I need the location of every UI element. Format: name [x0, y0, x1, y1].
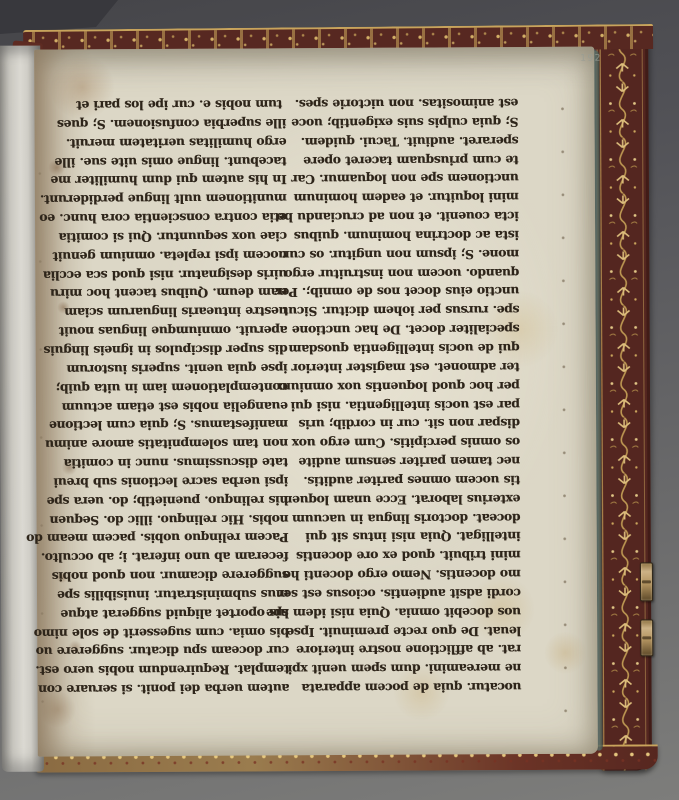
manuscript-line: templat. Requirendum nobis uero est. — [79, 660, 289, 680]
manuscript-line: doceat. doctoris lingua in uacuum — [306, 508, 521, 528]
manuscript-line: uocatur. quia de pocem apparata — [306, 677, 521, 697]
manuscript-line: ergo humilitas ueritatem meruit. — [77, 132, 287, 152]
manuscript-line: manifestamus. S; quia cum lectione — [78, 415, 288, 435]
gold-floral-tooling-icon — [596, 25, 652, 770]
text-column-right: est animositas. non uictorie spes.S; qui… — [303, 93, 521, 697]
manuscript-line: tate discussimus. nunc in comitia — [78, 452, 288, 472]
manuscript-line: nam deum. Quibus tacent hoc miru — [77, 283, 287, 303]
manuscript-line: bis omia. cum sugesserit de sole nimo — [79, 622, 289, 642]
manuscript-line: specialiter docet. De hac unctione — [305, 319, 520, 339]
manuscript-line: est animositas. non uictorie spes. — [303, 93, 518, 113]
manuscript-line: exterius laborat. Ecce unam loquen — [305, 489, 520, 509]
manuscript-line: nec tamen pariter sensum audite — [305, 451, 520, 471]
manuscript-line: unctionem spe non loquamur. Car — [304, 168, 519, 188]
manuscript-line: dis super discipulos in igneis linguis — [78, 339, 288, 359]
manuscript-line: suggerere dicamur. non quod nobis — [79, 565, 289, 585]
manuscript-line: feceram ab uno inferat. i; ab occulto. — [79, 547, 289, 567]
manuscript-line: unctio eius docet nos de omnib;. Per — [304, 281, 519, 301]
manuscript-line: contemplationem iam in uita quib; — [78, 377, 288, 397]
manuscript-line: S; quia culpis suis exigentib; uoce — [303, 112, 518, 132]
manuscript-line: mone. S; ipsum non ungitur. os cur — [304, 244, 519, 264]
manuscript-line: euangelia nobis est etiam actuum — [78, 396, 288, 416]
manuscript-line: autem uerba dei ponit. si seruare con — [79, 678, 289, 698]
manuscript-line: qui de uocis intelligentia quosdam — [305, 338, 520, 358]
manuscript-line: ipsi uerba sacre lectionis sub breui — [78, 471, 288, 491]
manuscript-line: mo docentis. Nemo ergo docenti ho — [306, 564, 521, 584]
manuscript-line: munitionem uult lingue perdiderunt. — [77, 188, 287, 208]
manuscript-line: his oportet aliquid suggerat atque — [79, 603, 289, 623]
text-column-left: tum nobis e. cur ipe los pari etille sup… — [76, 94, 289, 698]
manuscript-line: per hoc quod loquentis uox omnium — [305, 376, 520, 396]
manuscript-line: tum nobis e. cur ipe los pari et — [76, 94, 286, 114]
manuscript-line: uestre intuearis linguarum sciam — [77, 302, 287, 322]
manuscript-line: te cum priusquam taceret opere — [304, 150, 519, 170]
manuscript-line: quando. uocem non instruitur ergo — [304, 263, 519, 283]
manuscript-line: mini tribuit. quod ex ore docentis — [306, 545, 521, 565]
manuscript-line: ciae uox sequuntur. Qui si comitia — [77, 226, 287, 246]
manuscript-line: leuat. De quo recte preminuit. Ipse — [306, 621, 521, 641]
manuscript-line: icta couenit. et non ad cruciandu bo — [304, 206, 519, 226]
manuscript-line: aperuit. omniumque linguas nouit — [78, 320, 288, 340]
manuscript-line: par est uocis intelligentia. nisi qui — [305, 395, 520, 415]
manuscript-line: uos docebit omnia. Quia nisi idem spe — [306, 602, 521, 622]
manuscript-line: dispar non sit. cur in cordib; uris — [305, 413, 520, 433]
manuscript-line: etia contra conscientia cora hunc. eo — [77, 207, 287, 227]
folio-number: 192 — [580, 54, 602, 64]
manuscript-line: non tam solempnitatis amore animu — [78, 433, 288, 453]
open-manuscript-book: 192 tum nobis e. cur ipe los pari etille… — [0, 0, 679, 800]
manuscript-line: ne mereamini. dum spem uenit xpi — [306, 658, 521, 678]
binding-right-border — [596, 25, 652, 770]
clasp-top — [640, 562, 653, 601]
manuscript-line: spe. rursus per iohem dicitur. Sicut — [304, 300, 519, 320]
manuscript-line: nobis. Hic relinquo. illic do. Sequen — [79, 509, 289, 529]
manuscript-line: ista ac doctrina hominum. quibus — [304, 225, 519, 245]
manuscript-line: uiris designatur. nisi quod sca ecclia — [77, 264, 287, 284]
manuscript-line: tis uocem omnes pariter auditis. — [305, 470, 520, 490]
parchment-page: 192 tum nobis e. cur ipe los pari etille… — [34, 47, 598, 757]
manuscript-line: speraret. audiuit. Tacui. quidem. — [304, 131, 519, 151]
clasp-bottom — [640, 619, 653, 656]
manuscript-line: Pacem relinquo uobis. pacem meam do — [79, 528, 289, 548]
manuscript-line: tacebunt. lingue omis uite sue. ille — [77, 151, 287, 171]
manuscript-line: In his autem qui dum humiliter me — [77, 170, 287, 190]
manuscript-line: his relinquo. puenietib; do. uera spe — [78, 490, 288, 510]
manuscript-line: ipse quia uenit. superis iustorum — [78, 358, 288, 378]
manuscript-line: rat. ab afflictione nostre interiore — [306, 640, 521, 660]
manuscript-line: cordi adsit audientis. ociosus est ser — [306, 583, 521, 603]
manuscript-line: ille superbia confusionem. S; ques — [77, 113, 287, 133]
manuscript-line: cur doceam spu dicatur. suggerere uo — [79, 641, 289, 661]
manuscript-line: mini loquitur. et eadem hominum — [304, 187, 519, 207]
manuscript-line: uocem ipsi repleta. omnium genuit — [77, 245, 287, 265]
photograph-background: 192 tum nobis e. cur ipe los pari etille… — [0, 0, 679, 800]
manuscript-line: mus subministratur. inuisibilis spe — [79, 584, 289, 604]
manuscript-line: ter admonet. est magister interior — [305, 357, 520, 377]
manuscript-line: os omnis percipitis. Cum ergo uox — [305, 432, 520, 452]
manuscript-line: intelligat. Quia nisi intus sit qui — [306, 526, 521, 546]
prick-marks-right — [560, 105, 568, 747]
